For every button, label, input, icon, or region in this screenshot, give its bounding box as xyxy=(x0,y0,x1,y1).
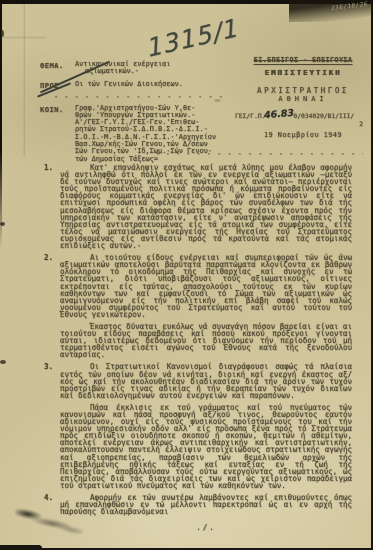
paper-speck xyxy=(0,222,5,226)
protocol-prefix: ΓΕΣ/Γ.Π. xyxy=(235,113,265,120)
paragraph-text: Κατ' επανάληψιν εσχάτως καί μετά λύπης μ… xyxy=(60,164,352,249)
protocol-rest: 0/034020/Β1/ΙΙΙ/ xyxy=(293,113,354,120)
subject-text: Αντικανονικαί ενέργειαι αξιωματικών.- xyxy=(75,61,170,76)
issuer-city: ΑΘΗΝΑΙ xyxy=(235,95,371,103)
paper-crease-vertical xyxy=(24,4,25,156)
body-paragraph-3b: Πάσα έκκλισις εκ τού γράμματος καί τού π… xyxy=(60,404,352,489)
paragraph-number: 1. xyxy=(44,164,53,171)
protocol-handwritten-correction: 46.83 xyxy=(264,108,295,122)
paper-speck xyxy=(1,30,4,37)
urgency-stamp-text: ΕΞ.ΕΠΕΙΓΟΣ - ΕΠΕΙΓΟΥΣΑ xyxy=(235,56,371,64)
document-body: 1. Κατ' επανάληψιν εσχάτως καί μετά λύπη… xyxy=(60,164,352,531)
body-paragraph-1: 1. Κατ' επανάληψιν εσχάτως καί μετά λύπη… xyxy=(60,164,352,249)
body-paragraph-2: 2. Αι τοιούτου είδους ενέργειαι καί συμπ… xyxy=(60,254,352,318)
body-paragraph-4: 4. Αφορμήν εκ τών ανωτέρω λαμβάνοντες κα… xyxy=(60,494,352,515)
scanned-document-page: 236/18/26 1315/1 ΘΕΜΑ. Αντικανονικαί ενέ… xyxy=(0,0,373,550)
distribution-label: ΚΟΙΝ. xyxy=(40,105,75,163)
header-right-column: ΕΞ.ΕΠΕΙΓΟΣ - ΕΠΕΙΓΟΥΣΑ ΕΜΠΙΣΤΕΥΤΙΚΗ ΑΡΧΙ… xyxy=(235,56,371,139)
document-date: 19 Νοεμβρίου 1949 xyxy=(235,131,371,139)
subject-row: ΘΕΜΑ. Αντικανονικαί ενέργειαι αξιωματικώ… xyxy=(40,61,232,76)
paragraph-number: 2. xyxy=(44,254,53,261)
recipient-text: Οι τών Γενικών Διοικήσεων. xyxy=(75,81,183,90)
scan-edge-bottom-left xyxy=(0,545,42,550)
paper-crease-horizontal xyxy=(0,37,46,38)
classification-text: ΕΜΠΙΣΤΕΥΤΙΚΗ xyxy=(235,68,371,77)
protocol-page-number: 2 xyxy=(235,120,371,128)
body-paragraph-2b: Έκαστος δύναται ευκόλως νά συναγάγη πόσο… xyxy=(60,323,352,358)
protocol-number: ΓΕΣ/Γ.Π.46.830/034020/Β1/ΙΙΙ/ xyxy=(235,110,371,121)
paragraph-text: Πάσα έκκλισις εκ τού γράμματος καί τού π… xyxy=(60,404,352,489)
paragraph-text: Οι Στρατιωτικοί Κανονισμοί διαγράφουσι σ… xyxy=(60,363,352,398)
paragraph-number: 3. xyxy=(44,363,53,370)
distribution-underline-dashes: - - - - - - - - - - - - - - - - - - - - … xyxy=(145,150,363,158)
subject-line-2: αξιωματικών.- xyxy=(75,68,170,75)
recipient-underline-dashes: - - - - - - - - - - - - - - - - - - xyxy=(54,93,224,101)
paragraph-text: Έκαστος δύναται ευκόλως νά συναγάγη πόσο… xyxy=(60,323,352,358)
recipient-row: ΠΡΟΣ. Οι τών Γενικών Διοικήσεων. xyxy=(40,81,232,90)
subject-label: ΘΕΜΑ. xyxy=(40,61,75,76)
body-paragraph-3: 3. Οι Στρατιωτικοί Κανονισμοί διαγράφουσ… xyxy=(60,363,352,398)
paragraph-number: 4. xyxy=(44,494,53,501)
page-continuation-mark: ./. xyxy=(60,524,352,531)
paragraph-text: Αφορμήν εκ τών ανωτέρω λαμβάνοντες καί ε… xyxy=(60,494,352,515)
recipient-label: ΠΡΟΣ. xyxy=(40,81,75,90)
handwritten-reference-number: 1315/1 xyxy=(146,2,286,62)
issuer-title: ΑΡΧΙΣΤΡΑΤΗΓΟΣ xyxy=(235,86,371,95)
paragraph-text: Αι τοιούτου είδους ενέργειαι καί συμπερι… xyxy=(60,254,352,318)
paper-speck xyxy=(0,360,6,364)
